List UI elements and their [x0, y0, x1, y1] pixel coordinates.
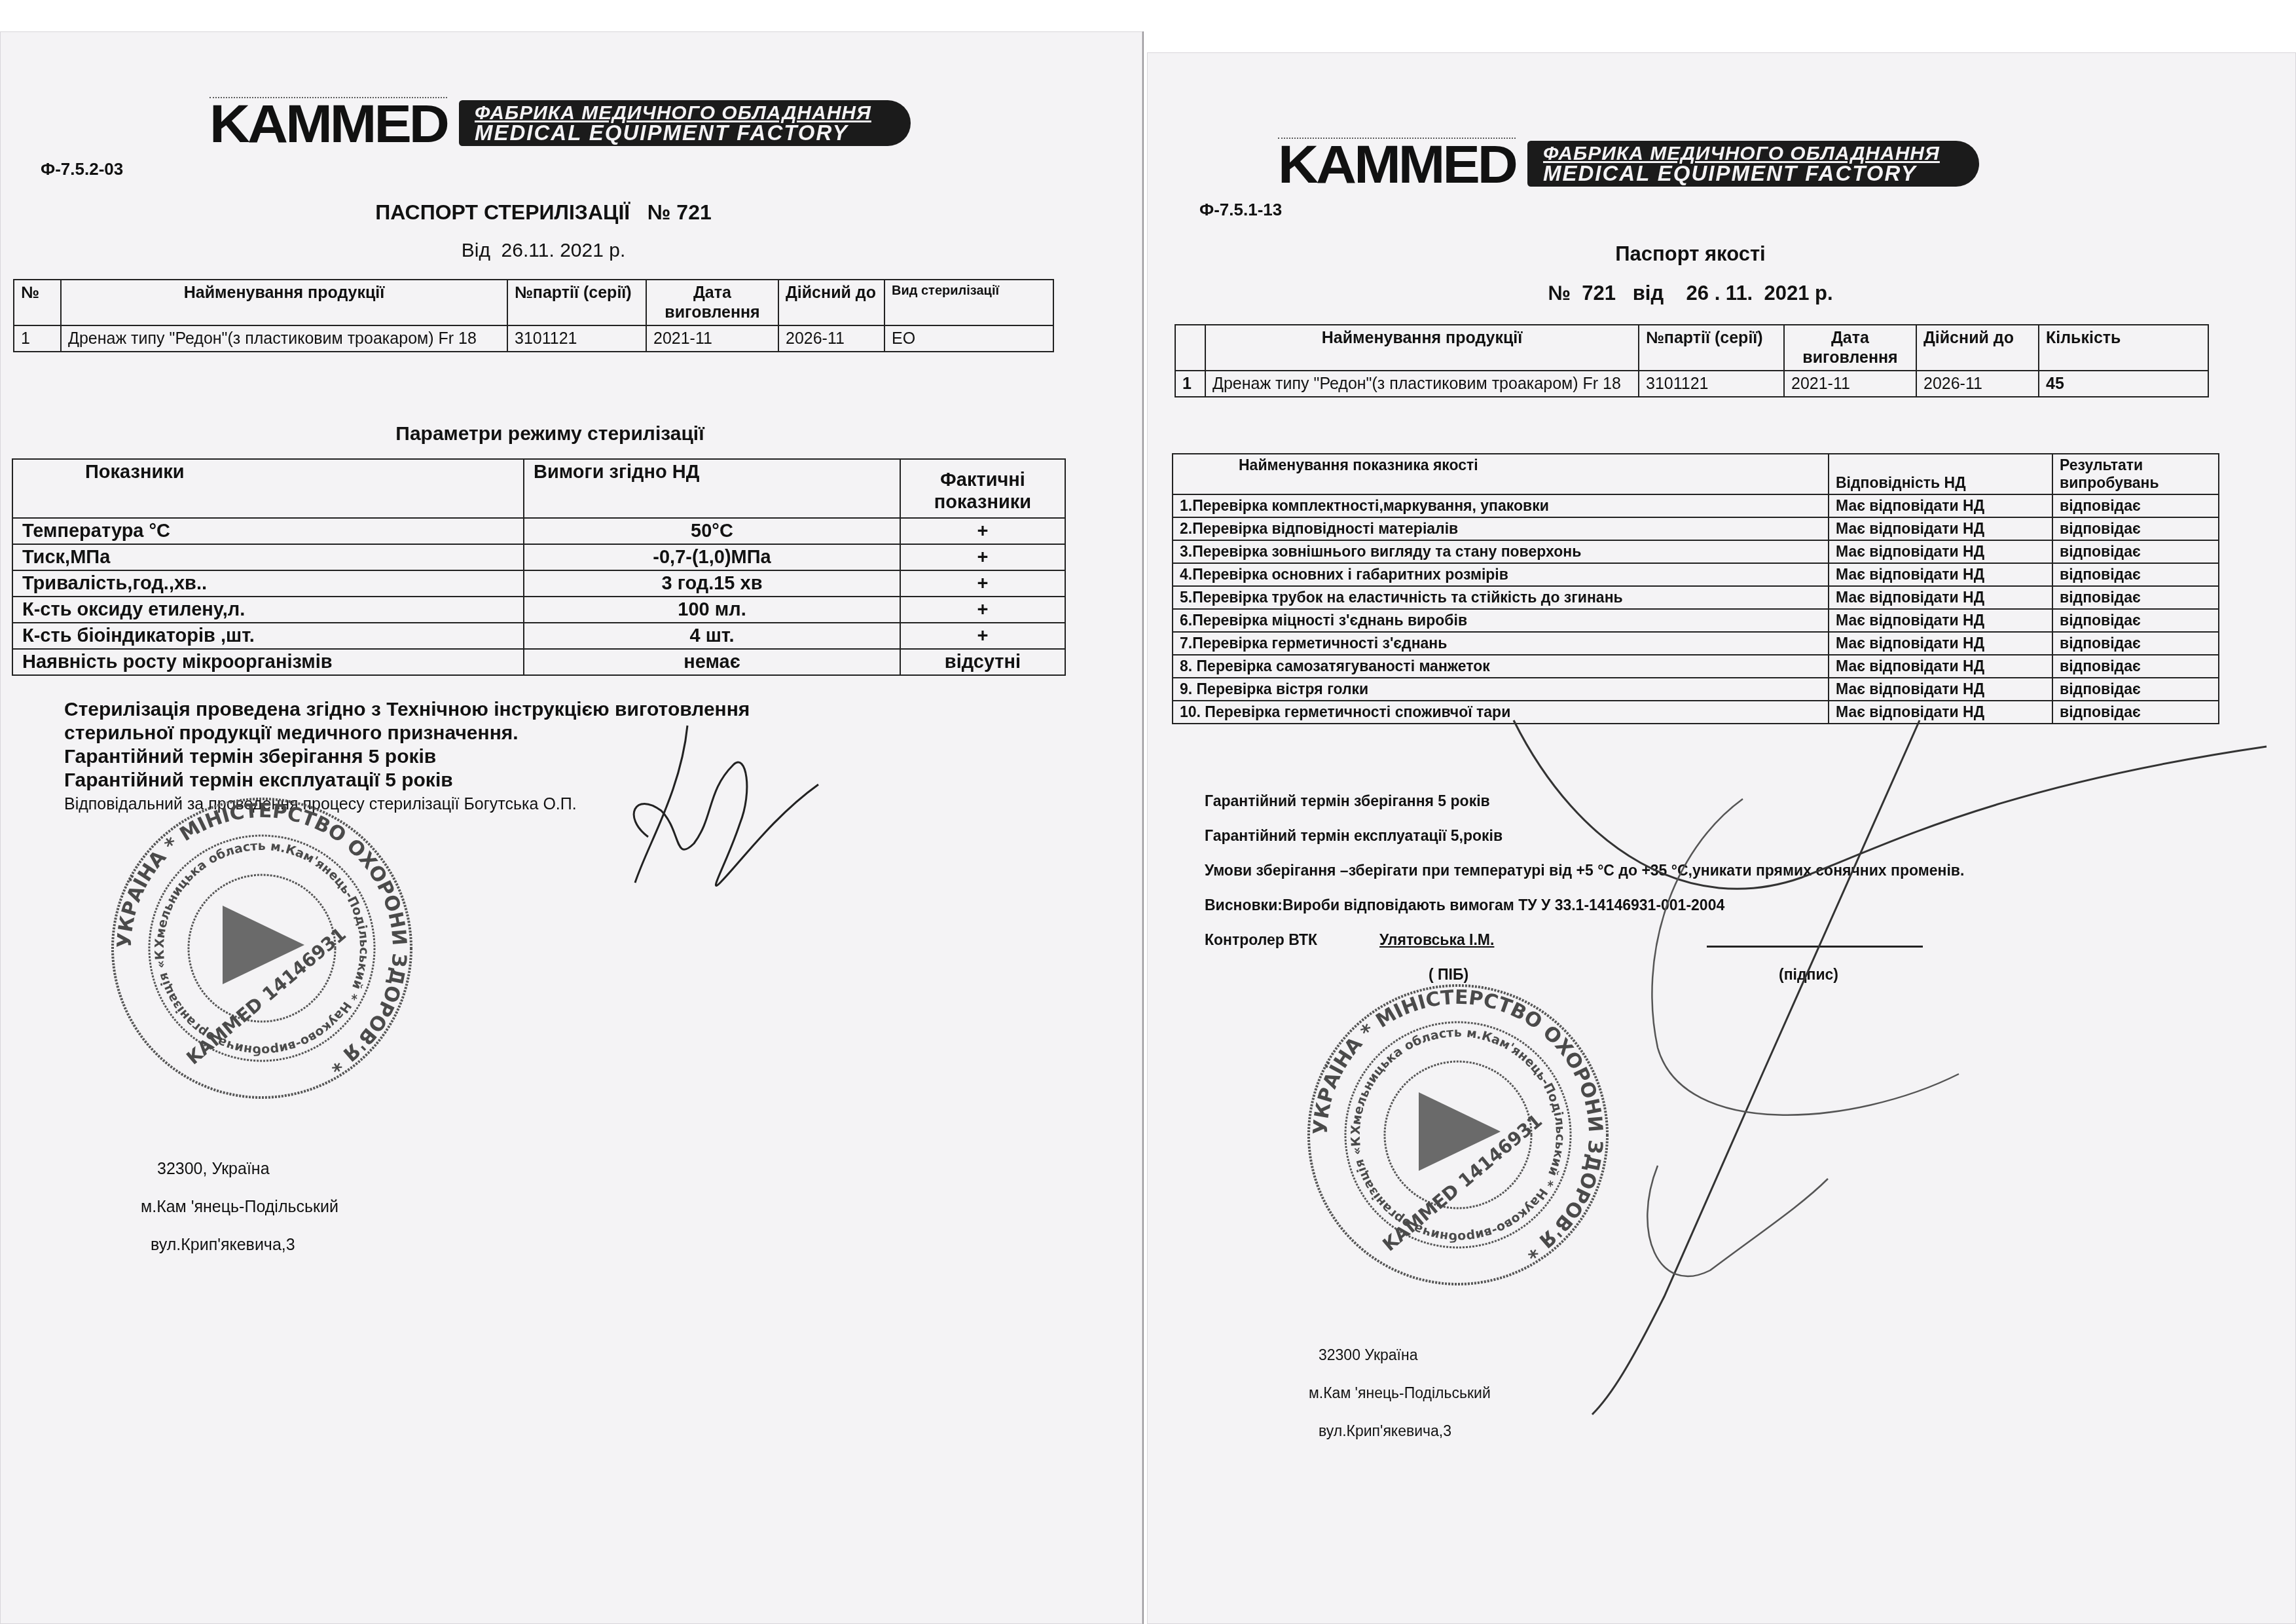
- cell-test-result: відповідає: [2052, 540, 2219, 563]
- col-header-manufacture-date: Дата виговлення: [1784, 325, 1916, 371]
- cell-test-result: відповідає: [2052, 678, 2219, 701]
- cell-quality-indicator: 4.Перевірка основних і габаритних розмір…: [1173, 563, 1829, 586]
- table-row: К-сть біоіндикаторів ,шт.4 шт.+: [12, 623, 1065, 649]
- cell-batch: 3101121: [1639, 371, 1784, 397]
- stamp-seal-icon: УКРАЇНА * МІНІСТЕРСТВО ОХОРОНИ ЗДОРОВ'Я …: [1304, 981, 1612, 1289]
- logo-wordmark: KAMMED: [1278, 138, 1516, 190]
- cell-valid-until: 2026-11: [778, 325, 884, 352]
- table-row: 4.Перевірка основних і габаритних розмір…: [1173, 563, 2219, 586]
- stamp-seal-icon: УКРАЇНА * МІНІСТЕРСТВО ОХОРОНИ ЗДОРОВ'Я …: [108, 794, 416, 1102]
- signature-line: [1707, 946, 1923, 948]
- signature-caption: (підпис): [1779, 966, 1838, 984]
- table-header-row: Показники Вимоги згідно НД Фактичні пока…: [12, 459, 1065, 518]
- form-code: Ф-7.5.1-13: [1199, 200, 1282, 220]
- col-header-actual: Фактичні показники: [900, 459, 1065, 518]
- col-header-manufacture-date: Дата виговлення: [646, 280, 778, 325]
- logo-tagline-band: ФАБРИКА МЕДИЧНОГО ОБЛАДНАННЯ MEDICAL EQU…: [1527, 141, 1979, 187]
- cell-quantity: 45: [2039, 371, 2208, 397]
- cell-actual: +: [900, 623, 1065, 649]
- col-header-product: Найменування продукції: [61, 280, 507, 325]
- logo-wordmark: KAMMED: [210, 97, 447, 149]
- params-title: Параметри режиму стерилізації: [0, 423, 1100, 445]
- cell-number: 1: [14, 325, 61, 352]
- note-line: Гарантійний термін експлуатації 5 років: [64, 769, 750, 792]
- address-line: м.Кам 'янець-Подільський: [1309, 1374, 1491, 1412]
- note-line: Стерилізація проведена згідно з Технічно…: [64, 698, 750, 722]
- col-header-number: №: [14, 280, 61, 325]
- table-row: 5.Перевірка трубок на еластичність та ст…: [1173, 586, 2219, 609]
- table-row: 1.Перевірка комплектності,маркування, уп…: [1173, 494, 2219, 517]
- table-row: Тиск,МПа-0,7-(1,0)МПа+: [12, 544, 1065, 570]
- address-line: вул.Крип'якевича,3: [1319, 1412, 1451, 1450]
- cell-test-result: відповідає: [2052, 586, 2219, 609]
- cell-quality-indicator: 6.Перевірка міцності з'єднань виробів: [1173, 609, 1829, 632]
- form-code: Ф-7.5.2-03: [41, 159, 123, 179]
- cell-test-result: відповідає: [2052, 494, 2219, 517]
- cell-nd-compliance: Має відповідати НД: [1829, 632, 2052, 655]
- cell-sterilization-type: ЕО: [884, 325, 1053, 352]
- table-row: К-сть оксиду етилену,л.100 мл.+: [12, 597, 1065, 623]
- cell-nd-compliance: Має відповідати НД: [1829, 563, 2052, 586]
- cell-test-result: відповідає: [2052, 517, 2219, 540]
- table-row: 3.Перевірка зовнішнього вигляду та стану…: [1173, 540, 2219, 563]
- cell-requirement: 50°С: [524, 518, 900, 544]
- cell-test-result: відповідає: [2052, 701, 2219, 724]
- cell-valid-until: 2026-11: [1916, 371, 2039, 397]
- col-header-batch: №партії (серії): [1639, 325, 1784, 371]
- address-line: м.Кам 'янець-Подільський: [141, 1188, 338, 1226]
- table-header-row: № Найменування продукції №партії (серії)…: [14, 280, 1053, 325]
- table-row: 9. Перевірка вістря голкиМає відповідати…: [1173, 678, 2219, 701]
- col-header-batch: №партії (серії): [507, 280, 646, 325]
- document-date: Від 26.11. 2021 р.: [0, 240, 1087, 262]
- table-row: 2.Перевірка відповідності матеріалівМає …: [1173, 517, 2219, 540]
- cell-nd-compliance: Має відповідати НД: [1829, 655, 2052, 678]
- note-line: Гарантійний термін зберігання 5 років: [64, 745, 750, 769]
- page-title: ПАСПОРТ СТЕРИЛІЗАЦІЇ № 721: [0, 200, 1087, 225]
- company-logo: KAMMED ФАБРИКА МЕДИЧНОГО ОБЛАДНАННЯ MEDI…: [1278, 138, 1979, 190]
- cell-requirement: 4 шт.: [524, 623, 900, 649]
- cell-indicator: Тривалість,год.,хв..: [12, 570, 524, 597]
- cell-quality-indicator: 8. Перевірка самозатягуваності манжеток: [1173, 655, 1829, 678]
- cell-indicator: Наявність росту мікроорганізмів: [12, 649, 524, 675]
- col-header-test-results: Результати випробувань: [2052, 454, 2219, 494]
- logo-tagline-band: ФАБРИКА МЕДИЧНОГО ОБЛАДНАННЯ MEDICAL EQU…: [459, 100, 911, 146]
- storage-conditions: Умови зберігання –зберігати при температ…: [1205, 862, 1964, 879]
- cell-number: 1: [1175, 371, 1205, 397]
- sterilization-passport-page: KAMMED ФАБРИКА МЕДИЧНОГО ОБЛАДНАННЯ MEDI…: [0, 31, 1144, 1624]
- table-row: Тривалість,год.,хв..3 год.15 хв+: [12, 570, 1065, 597]
- sterilization-params-table: Показники Вимоги згідно НД Фактичні пока…: [12, 458, 1066, 676]
- cell-product: Дренаж типу "Редон"(з пластиковим троака…: [61, 325, 507, 352]
- cell-test-result: відповідає: [2052, 609, 2219, 632]
- table-row: 1 Дренаж типу "Редон"(з пластиковим троа…: [14, 325, 1053, 352]
- logo-tagline-en: MEDICAL EQUIPMENT FACTORY: [475, 123, 871, 143]
- table-row: 1 Дренаж типу "Редон"(з пластиковим троа…: [1175, 371, 2208, 397]
- cell-requirement: немає: [524, 649, 900, 675]
- col-header-valid-until: Дійсний до: [778, 280, 884, 325]
- cell-nd-compliance: Має відповідати НД: [1829, 678, 2052, 701]
- cell-indicator: Тиск,МПа: [12, 544, 524, 570]
- address-line: 32300, Україна: [157, 1150, 270, 1188]
- cell-test-result: відповідає: [2052, 655, 2219, 678]
- product-table: № Найменування продукції №партії (серії)…: [13, 279, 1054, 352]
- cell-test-result: відповідає: [2052, 632, 2219, 655]
- quality-indicators-table: Найменування показника якості Відповідні…: [1172, 453, 2219, 724]
- logo-tagline-en: MEDICAL EQUIPMENT FACTORY: [1543, 164, 1940, 183]
- document-number-date: № 721 від 26 . 11. 2021 р.: [1147, 282, 2234, 305]
- cell-actual: +: [900, 597, 1065, 623]
- cell-actual: відсутні: [900, 649, 1065, 675]
- company-logo: KAMMED ФАБРИКА МЕДИЧНОГО ОБЛАДНАННЯ MEDI…: [210, 97, 911, 149]
- cell-actual: +: [900, 544, 1065, 570]
- col-header-sterilization-type: Вид стерилізації: [884, 280, 1053, 325]
- table-header-row: Найменування продукції №партії (серії) Д…: [1175, 325, 2208, 371]
- cell-quality-indicator: 9. Перевірка вістря голки: [1173, 678, 1829, 701]
- cell-quality-indicator: 2.Перевірка відповідності матеріалів: [1173, 517, 1829, 540]
- cell-nd-compliance: Має відповідати НД: [1829, 586, 2052, 609]
- col-header-product: Найменування продукції: [1205, 325, 1639, 371]
- cell-requirement: 100 мл.: [524, 597, 900, 623]
- controller-label: Контролер ВТК: [1205, 931, 1317, 949]
- table-row: 6.Перевірка міцності з'єднань виробівМає…: [1173, 609, 2219, 632]
- cell-nd-compliance: Має відповідати НД: [1829, 540, 2052, 563]
- controller-name: Улятовська І.М.: [1379, 931, 1494, 949]
- cell-product: Дренаж типу "Редон"(з пластиковим троака…: [1205, 371, 1639, 397]
- cell-nd-compliance: Має відповідати НД: [1829, 517, 2052, 540]
- note-line: стерильної продукції медичного призначен…: [64, 722, 750, 745]
- col-header-quality-indicator: Найменування показника якості: [1173, 454, 1829, 494]
- address-line: 32300 Україна: [1319, 1336, 1417, 1374]
- cell-quality-indicator: 10. Перевірка герметичності споживчої та…: [1173, 701, 1829, 724]
- operation-warranty: Гарантійний термін експлуатації 5,років: [1205, 827, 1503, 845]
- col-header-quantity: Кількість: [2039, 325, 2208, 371]
- table-row: 7.Перевірка герметичності з'єднаньМає ві…: [1173, 632, 2219, 655]
- col-header-number: [1175, 325, 1205, 371]
- cell-test-result: відповідає: [2052, 563, 2219, 586]
- cell-manufacture-date: 2021-11: [646, 325, 778, 352]
- page-title: Паспорт якості: [1147, 242, 2234, 266]
- table-row: 8. Перевірка самозатягуваності манжетокМ…: [1173, 655, 2219, 678]
- official-stamp: УКРАЇНА * МІНІСТЕРСТВО ОХОРОНИ ЗДОРОВ'Я …: [108, 794, 416, 1102]
- cell-indicator: Температура °С: [12, 518, 524, 544]
- cell-nd-compliance: Має відповідати НД: [1829, 494, 2052, 517]
- address-line: вул.Крип'якевича,3: [151, 1226, 295, 1264]
- cell-quality-indicator: 5.Перевірка трубок на еластичність та ст…: [1173, 586, 1829, 609]
- cell-quality-indicator: 7.Перевірка герметичності з'єднань: [1173, 632, 1829, 655]
- quality-passport-page: KAMMED ФАБРИКА МЕДИЧНОГО ОБЛАДНАННЯ MEDI…: [1147, 52, 2296, 1624]
- conclusion: Висновки:Вироби відповідають вимогам ТУ …: [1205, 896, 1724, 914]
- cell-requirement: -0,7-(1,0)МПа: [524, 544, 900, 570]
- product-table: Найменування продукції №партії (серії) Д…: [1175, 324, 2209, 397]
- col-header-indicator: Показники: [12, 459, 524, 518]
- official-stamp: УКРАЇНА * МІНІСТЕРСТВО ОХОРОНИ ЗДОРОВ'Я …: [1304, 981, 1612, 1289]
- table-row: Наявність росту мікроорганізмівнемаєвідс…: [12, 649, 1065, 675]
- storage-warranty: Гарантійний термін зберігання 5 років: [1205, 792, 1490, 810]
- cell-nd-compliance: Має відповідати НД: [1829, 701, 2052, 724]
- cell-quality-indicator: 3.Перевірка зовнішнього вигляду та стану…: [1173, 540, 1829, 563]
- table-row: Температура °С50°С+: [12, 518, 1065, 544]
- col-header-nd-compliance: Відповідність НД: [1829, 454, 2052, 494]
- cell-manufacture-date: 2021-11: [1784, 371, 1916, 397]
- col-header-valid-until: Дійсний до: [1916, 325, 2039, 371]
- cell-batch: 3101121: [507, 325, 646, 352]
- cell-nd-compliance: Має відповідати НД: [1829, 609, 2052, 632]
- table-row: 10. Перевірка герметичності споживчої та…: [1173, 701, 2219, 724]
- cell-actual: +: [900, 518, 1065, 544]
- cell-quality-indicator: 1.Перевірка комплектності,маркування, уп…: [1173, 494, 1829, 517]
- cell-indicator: К-сть оксиду етилену,л.: [12, 597, 524, 623]
- col-header-requirement: Вимоги згідно НД: [524, 459, 900, 518]
- cell-indicator: К-сть біоіндикаторів ,шт.: [12, 623, 524, 649]
- cell-requirement: 3 год.15 хв: [524, 570, 900, 597]
- table-header-row: Найменування показника якості Відповідні…: [1173, 454, 2219, 494]
- cell-actual: +: [900, 570, 1065, 597]
